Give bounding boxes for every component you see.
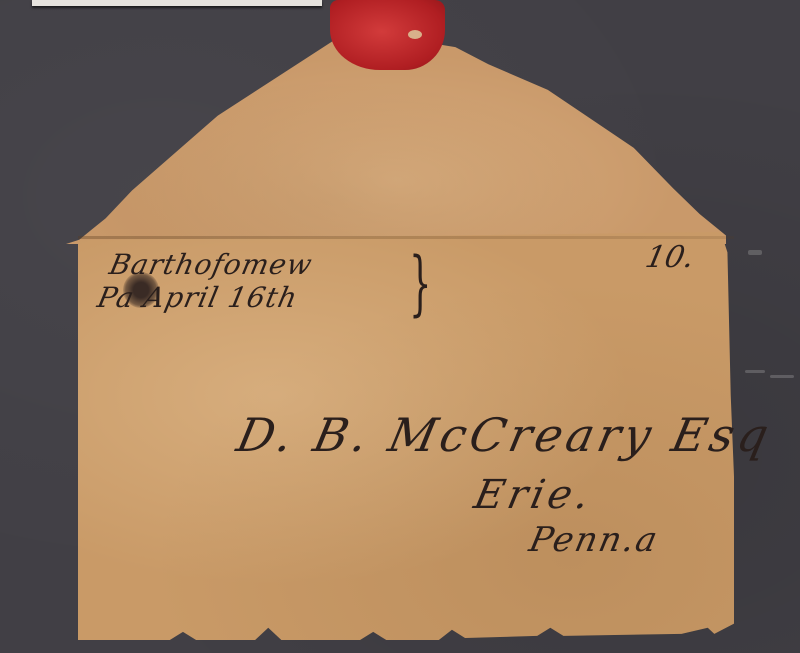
return-address-line1: Barthofomew: [106, 248, 315, 281]
paper-strip-top: [32, 0, 322, 6]
folio-number: 10.: [642, 240, 697, 275]
recipient-city: Erie.: [470, 472, 597, 518]
return-address-line2: Pa April 16th: [94, 281, 300, 314]
background-speck: [748, 250, 762, 255]
flap-fold-line: [78, 236, 734, 239]
wax-seal: [330, 0, 445, 70]
wax-seal-chip: [408, 30, 422, 39]
background-speck: [745, 370, 765, 373]
background-speck: [770, 375, 794, 378]
photo-scene: Barthofomew Pa April 16th } 10. D. B. Mc…: [0, 0, 800, 653]
return-address-brace: }: [409, 248, 431, 318]
recipient-state: Penn.a: [526, 520, 663, 560]
recipient-name: D. B. McCreary Esq: [232, 408, 777, 462]
